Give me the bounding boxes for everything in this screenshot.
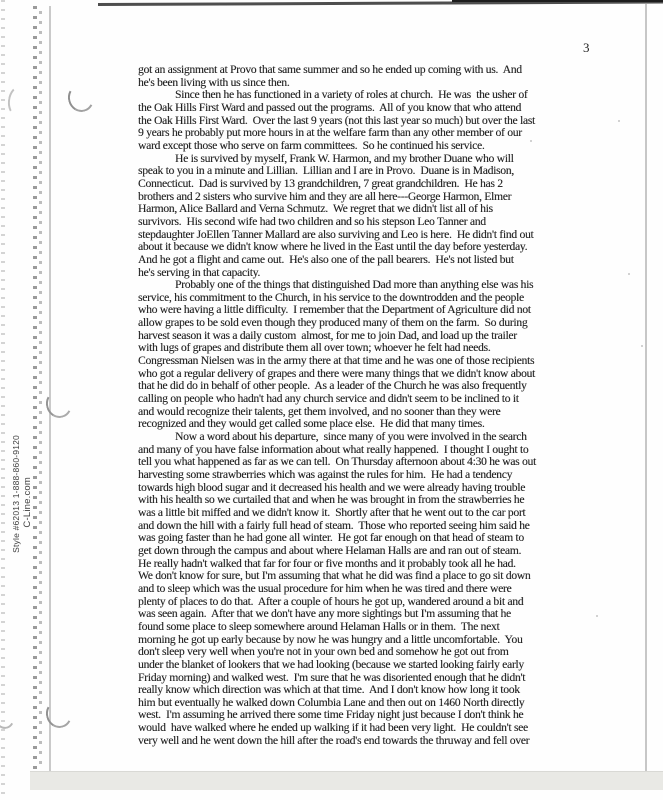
protector-style-number: Style #62013 1-888-860-9120 xyxy=(10,435,22,635)
binder-hole-middle xyxy=(43,387,75,421)
dust-speck xyxy=(618,120,620,122)
text-line: Now a word about his departure, since ma… xyxy=(138,431,618,444)
text-line: really know which direction was which at… xyxy=(138,684,618,697)
protector-binding-line xyxy=(49,6,51,772)
protector-stitch-column xyxy=(33,6,37,772)
page-number: 3 xyxy=(583,40,590,56)
text-line: speak to you in a minute and Lillian. Li… xyxy=(138,165,618,178)
text-line: Congressman Nielsen was in the army ther… xyxy=(138,355,618,368)
document-text: got an assignment at Provo that same sum… xyxy=(138,64,618,747)
text-line: would have walked where he ended up walk… xyxy=(138,722,618,735)
text-line: get down through the campus and about wh… xyxy=(138,545,618,558)
page-edge-perforations xyxy=(1,0,5,800)
text-line: don't sleep very well when you're not in… xyxy=(138,646,618,659)
sheet-protector-right-edge xyxy=(645,4,647,772)
binder-hole-top-shadow xyxy=(6,85,30,117)
scanned-page: Style #62013 1-888-860-9120 C-Line.com 3… xyxy=(0,0,663,800)
text-line: about it because we didn't know where he… xyxy=(138,241,618,254)
dust-speck xyxy=(641,345,643,347)
text-line: calling on people who hadn't had any chu… xyxy=(138,393,618,406)
text-line: survivors. His second wife had two child… xyxy=(138,216,618,229)
binder-hole-top xyxy=(65,81,97,115)
dust-speck xyxy=(628,273,630,275)
text-line: Probably one of the things that distingu… xyxy=(138,279,618,292)
protector-stitch-column-2 xyxy=(39,6,42,772)
text-line: very well and he went down the hill afte… xyxy=(138,735,618,748)
protector-brand-name: C-Line.com xyxy=(22,435,34,635)
text-line: Connecticut. Dad is survived by 13 grand… xyxy=(138,178,618,191)
text-line: was seen again. After that we don't have… xyxy=(138,608,618,621)
text-line: found some place to sleep somewhere arou… xyxy=(138,621,618,634)
text-line: ward except those who serve on farm comm… xyxy=(138,140,618,153)
text-line: and to sleep which was the usual procedu… xyxy=(138,583,618,596)
binder-hole-bottom-shadow xyxy=(0,699,17,730)
text-line: harvesting some strawberries which was a… xyxy=(138,469,618,482)
sheet-protector-bottom-edge xyxy=(30,771,663,790)
text-line: was a little bit miffed and we didn't kn… xyxy=(138,507,618,520)
text-line: Harmon, Alice Ballard and Verna Schmutz.… xyxy=(138,203,618,216)
text-line: the Oak Hills First Ward and passed out … xyxy=(138,102,618,115)
text-line: And he got a flight and came out. He's a… xyxy=(138,254,618,267)
text-line: under the blanket of lookers that we had… xyxy=(138,659,618,672)
scan-top-shadow xyxy=(452,0,663,2)
binder-hole-bottom xyxy=(43,697,75,731)
dust-speck xyxy=(596,615,598,617)
text-line: got an assignment at Provo that same sum… xyxy=(138,64,618,77)
dust-speck xyxy=(530,140,532,142)
text-line: We don't know for sure, but I'm assuming… xyxy=(138,570,618,583)
text-line: allow grapes to be sold even though they… xyxy=(138,317,618,330)
sheet-protector-brand-label: Style #62013 1-888-860-9120 C-Line.com xyxy=(10,435,38,635)
